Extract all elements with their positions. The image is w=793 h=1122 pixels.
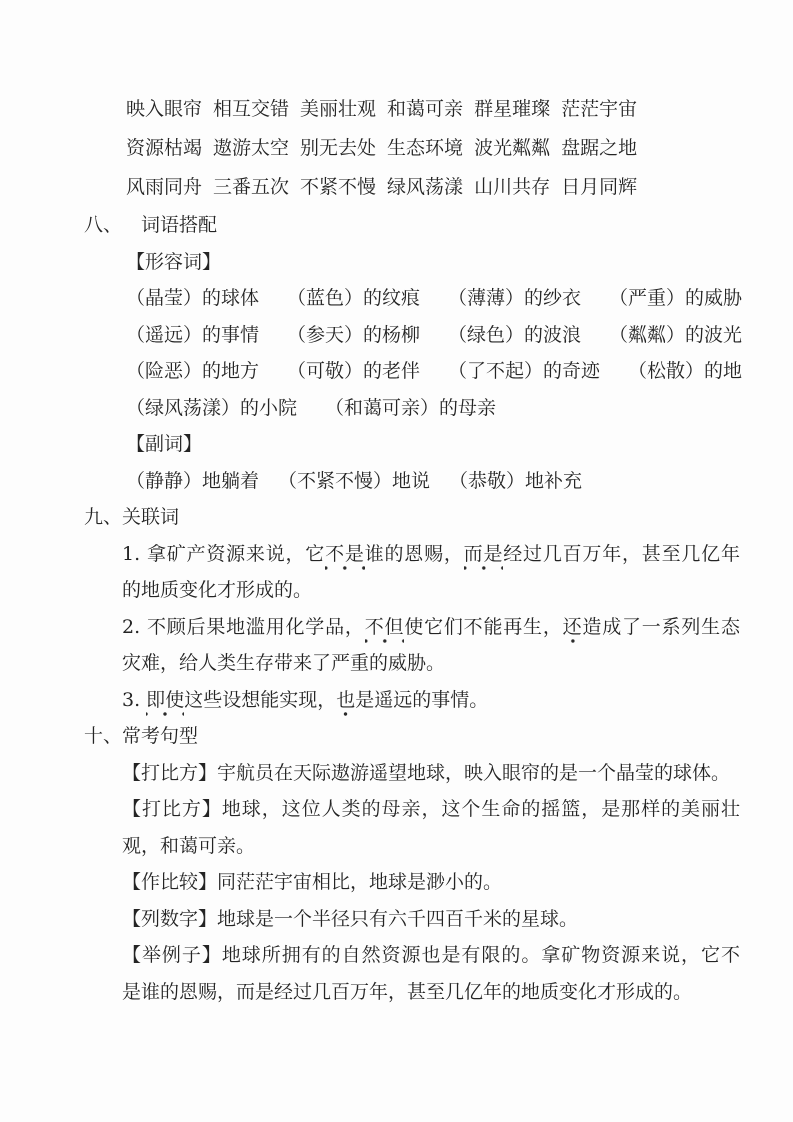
adverb-header: 【副词】 [126,426,743,463]
emphasized-word: 不是 [325,543,365,571]
section-8-heading: 八、词语搭配 [84,207,743,244]
adjective-pair: （严重）的威胁 [609,280,742,317]
word-item: 遨游太空 [213,129,289,168]
text-segment: 灾难，给人类生存带来了严重的威胁。 [122,652,445,674]
adjective-pair: （可敬）的老伴 [287,353,420,390]
emphasized-word: 而是 [464,543,504,571]
row: 映入眼帘相互交错美丽壮观和蔼可亲群星璀璨茫茫宇宙 [126,90,743,129]
text-segment: 【举例子】地球所拥有的自然资源也是有限的。拿矿物资源来说，它不 [122,944,740,966]
text-segment: 经过几百万年，甚至几亿年 [503,543,740,565]
word-item: 不紧不慢 [300,168,376,207]
word-item: 绿风荡漾 [387,168,463,207]
row: 风雨同舟三番五次不紧不慢绿风荡漾山川共存日月同辉 [126,168,743,207]
adjective-pair: （晶莹）的球体 [126,280,259,317]
sentence-line: 【打比方】宇航员在天际遨游遥望地球，映入眼帘的是一个晶莹的球体。 [122,755,740,792]
section-9-sentences: 1. 拿矿产资源来说，它不是谁的恩赐，而是经过几百万年，甚至几亿年的地质变化才形… [84,536,743,719]
sentence-line: 【打比方】地球，这位人类的母亲，这个生命的摇篮，是那样的美丽壮 [122,791,740,828]
adjective-pair: （和蔼可亲）的母亲 [325,390,496,427]
text-segment: 【作比较】同茫茫宇宙相比，地球是渺小的。 [122,871,502,893]
sentence: 【打比方】宇航员在天际遨游遥望地球，映入眼帘的是一个晶莹的球体。 [122,755,740,792]
text-segment: 造成了一系列生态 [582,616,740,638]
document-page: 映入眼帘相互交错美丽壮观和蔼可亲群星璀璨茫茫宇宙资源枯竭遨游太空别无去处生态环境… [0,0,793,1122]
text-segment: 是遥远的事情。 [355,689,488,711]
word-item: 群星璀璨 [474,90,550,129]
word-item: 和蔼可亲 [387,90,463,129]
text-segment: 2. 不顾后果地滥用化学品， [122,616,365,638]
adjective-pair: （遥远）的事情 [126,317,259,354]
section-10-sentences: 【打比方】宇航员在天际遨游遥望地球，映入眼帘的是一个晶莹的球体。【打比方】地球，… [84,755,743,1011]
adjective-pair: （险恶）的地方 [126,353,259,390]
adverb-pair: （恭敬）地补充 [449,463,582,500]
sentence-line: 【列数字】地球是一个半径只有六千四百千米的星球。 [122,901,740,938]
section-9: 九、关联词 1. 拿矿产资源来说，它不是谁的恩赐，而是经过几百万年，甚至几亿年的… [84,499,743,718]
word-item: 日月同辉 [561,168,637,207]
text-segment: 3. [122,689,146,711]
section-10-number: 十、 [84,725,122,747]
adverb-pair: （不紧不慢）地说 [278,463,430,500]
row: （静静）地躺着（不紧不慢）地说（恭敬）地补充 [126,463,743,500]
text-segment: 使它们不能再生， [404,616,562,638]
adjective-pair: （参天）的杨柳 [287,317,420,354]
sentence-line: 的地质变化才形成的。 [122,572,740,609]
word-item: 波光粼粼 [474,129,550,168]
sentence-line: 灾难，给人类生存带来了严重的威胁。 [122,645,740,682]
row: （遥远）的事情（参天）的杨柳（绿色）的波浪（粼粼）的波光 [126,317,743,354]
text-segment: 观，和蔼可亲。 [122,835,255,857]
sentence: 【作比较】同茫茫宇宙相比，地球是渺小的。 [122,864,740,901]
section-10: 十、常考句型 【打比方】宇航员在天际遨游遥望地球，映入眼帘的是一个晶莹的球体。【… [84,718,743,1010]
sentence-line: 【举例子】地球所拥有的自然资源也是有限的。拿矿物资源来说，它不 [122,937,740,974]
adjective-pair: （绿色）的波浪 [448,317,581,354]
text-segment: 【打比方】地球，这位人类的母亲，这个生命的摇篮，是那样的美丽壮 [122,798,740,820]
section-9-number: 九、 [84,506,122,528]
adjective-pair: （蓝色）的纹痕 [287,280,420,317]
sentence: 3. 即使这些设想能实现，也是遥远的事情。 [122,682,740,719]
adverb-pair: （静静）地躺着 [126,463,259,500]
section-8-title: 词语搭配 [141,214,217,236]
word-item: 相互交错 [213,90,289,129]
word-item: 生态环境 [387,129,463,168]
row: （晶莹）的球体（蓝色）的纹痕（薄薄）的纱衣（严重）的威胁 [126,280,743,317]
adjective-pair: （粼粼）的波光 [609,317,742,354]
sentence: 【打比方】地球，这位人类的母亲，这个生命的摇篮，是那样的美丽壮观，和蔼可亲。 [122,791,740,864]
row: 资源枯竭遨游太空别无去处生态环境波光粼粼盘踞之地 [126,129,743,168]
word-list: 映入眼帘相互交错美丽壮观和蔼可亲群星璀璨茫茫宇宙资源枯竭遨游太空别无去处生态环境… [126,90,743,207]
emphasized-word: 不但 [365,616,405,644]
adjective-rows: （晶莹）的球体（蓝色）的纹痕（薄薄）的纱衣（严重）的威胁（遥远）的事情（参天）的… [126,280,743,426]
word-item: 风雨同舟 [126,168,202,207]
adjective-pair: （松散）的地 [628,353,742,390]
text-segment: 的地质变化才形成的。 [122,579,312,601]
adverb-rows: （静静）地躺着（不紧不慢）地说（恭敬）地补充 [126,463,743,500]
word-item: 美丽壮观 [300,90,376,129]
word-item: 资源枯竭 [126,129,202,168]
text-segment: 是谁的恩赐，而是经过几百万年，甚至几亿年的地质变化才形成的。 [122,981,692,1003]
sentence: 1. 拿矿产资源来说，它不是谁的恩赐，而是经过几百万年，甚至几亿年的地质变化才形… [122,536,740,609]
sentence: 【列数字】地球是一个半径只有六千四百千米的星球。 [122,901,740,938]
sentence-line: 是谁的恩赐，而是经过几百万年，甚至几亿年的地质变化才形成的。 [122,974,740,1011]
word-item: 盘踞之地 [561,129,637,168]
sentence: 2. 不顾后果地滥用化学品，不但使它们不能再生，还造成了一系列生态灾难，给人类生… [122,609,740,682]
word-item: 茫茫宇宙 [561,90,637,129]
section-9-title: 关联词 [122,506,179,528]
emphasized-word: 也 [336,689,355,717]
section-10-title: 常考句型 [122,725,198,747]
section-8-number: 八、 [84,214,122,236]
adjective-pair: （绿风荡漾）的小院 [126,390,297,427]
word-item: 三番五次 [213,168,289,207]
row: （险恶）的地方（可敬）的老伴（了不起）的奇迹（松散）的地 [126,353,743,390]
adjective-header: 【形容词】 [126,244,743,281]
sentence-line: 【作比较】同茫茫宇宙相比，地球是渺小的。 [122,864,740,901]
sentence-line: 3. 即使这些设想能实现，也是遥远的事情。 [122,682,740,719]
word-item: 别无去处 [300,129,376,168]
section-10-heading: 十、常考句型 [84,718,743,755]
adjective-pair: （薄薄）的纱衣 [448,280,581,317]
sentence-line: 观，和蔼可亲。 [122,828,740,865]
emphasized-word: 即使 [146,689,184,717]
sentence: 【举例子】地球所拥有的自然资源也是有限的。拿矿物资源来说，它不是谁的恩赐，而是经… [122,937,740,1010]
emphasized-word: 还 [563,616,583,644]
section-8: 八、词语搭配 【形容词】 （晶莹）的球体（蓝色）的纹痕（薄薄）的纱衣（严重）的威… [84,207,743,499]
word-item: 山川共存 [474,168,550,207]
text-segment: 【打比方】宇航员在天际遨游遥望地球，映入眼帘的是一个晶莹的球体。 [122,762,730,784]
text-segment: 1. 拿矿产资源来说，它 [122,543,325,565]
sentence-line: 2. 不顾后果地滥用化学品，不但使它们不能再生，还造成了一系列生态 [122,609,740,646]
adjective-pair: （了不起）的奇迹 [448,353,600,390]
text-segment: 谁的恩赐， [365,543,464,565]
sentence-line: 1. 拿矿产资源来说，它不是谁的恩赐，而是经过几百万年，甚至几亿年 [122,536,740,573]
word-item: 映入眼帘 [126,90,202,129]
section-9-heading: 九、关联词 [84,499,743,536]
text-segment: 这些设想能实现， [184,689,336,711]
row: （绿风荡漾）的小院（和蔼可亲）的母亲 [126,390,743,427]
text-segment: 【列数字】地球是一个半径只有六千四百千米的星球。 [122,908,578,930]
